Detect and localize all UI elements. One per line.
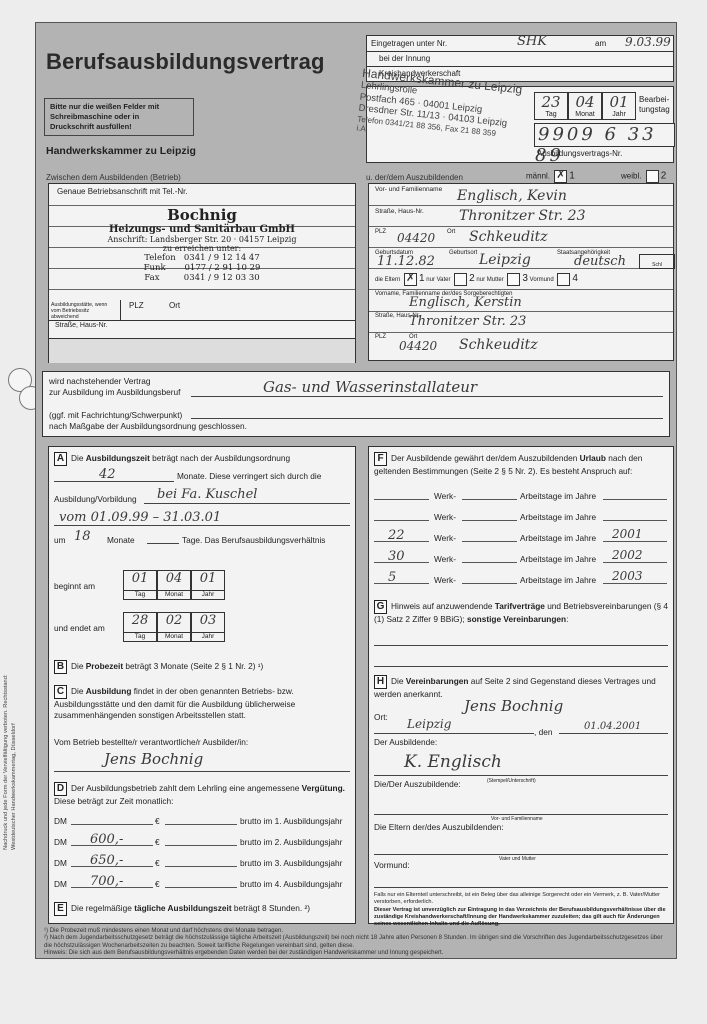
site-label: Ausbildungsstätte, wenn vom Betriebssitz…: [49, 300, 121, 320]
section-b-letter: B: [54, 660, 67, 674]
parents-option-4-checkbox[interactable]: [557, 273, 570, 286]
trainer-signature-field[interactable]: K. Englisch: [404, 752, 502, 772]
arbeit-label: Arbeitstage im Jahre: [520, 533, 596, 544]
section-h-letter: H: [374, 675, 387, 689]
date-label: am: [595, 39, 606, 48]
underline: [54, 771, 350, 772]
company-name: Bochnig: [49, 206, 355, 224]
begin-label: beginnt am: [54, 581, 95, 592]
euro-label: €: [155, 837, 160, 848]
guardian-signature-field[interactable]: [374, 887, 668, 888]
pay-euro-field[interactable]: [165, 866, 237, 867]
guardian-street-value[interactable]: Thronitzer Str. 23: [409, 314, 526, 329]
end-month-cell[interactable]: 02Monat: [157, 612, 191, 642]
option-label: nur Mutter: [476, 277, 503, 283]
leave-row: Werk-Arbeitstage im Jahre: [374, 489, 670, 510]
company-reach: zu erreichen unter:: [49, 244, 355, 253]
reduction-months[interactable]: 18: [74, 529, 91, 544]
contract-number-field[interactable]: 9909 6 33 89: [534, 123, 675, 147]
underline: [559, 733, 668, 734]
company-fax: Fax 0341 / 9 12 03 30: [49, 273, 355, 283]
end-label: und endet am: [54, 623, 105, 634]
leave-days-value: 30: [388, 548, 405, 565]
employer-address-label: Genaue Betriebsanschrift mit Tel.-Nr.: [57, 187, 188, 196]
reduction-label: um: [54, 535, 66, 546]
processing-year-cell[interactable]: 01 Jahr: [602, 92, 636, 120]
begin-month-cell[interactable]: 04Monat: [157, 570, 191, 600]
guardian-plz-value[interactable]: 04420: [399, 339, 437, 353]
sections-right: FDer Ausbildende gewährt der/dem Auszubi…: [368, 446, 674, 924]
site-street-label: Straße, Haus-Nr.: [55, 322, 108, 329]
parents-sign-label: Die Eltern der/des Auszubildenden:: [374, 822, 504, 833]
working-days-field[interactable]: [462, 541, 517, 542]
section-a-letter: A: [54, 452, 67, 466]
male-label: männl.: [526, 172, 550, 181]
day-label: Tag: [535, 111, 567, 118]
section-a-intro: ADie Ausbildungszeit beträgt nach der Au…: [54, 452, 350, 466]
processing-month-cell[interactable]: 04 Monat: [568, 92, 602, 120]
parents-label: die Eltern: [375, 277, 400, 283]
divider: [49, 320, 355, 321]
werk-label: Werk-: [434, 554, 456, 565]
gender-female[interactable]: weibl. 2: [621, 170, 666, 183]
processing-box: Handwerkskammer zu Leipzig Lehrlingsroll…: [366, 86, 674, 163]
pay-euro-field[interactable]: [165, 845, 237, 846]
section-d: DDer Ausbildungsbetrieb zahlt dem Lehrli…: [54, 782, 350, 807]
begin-day-cell[interactable]: 01Tag: [123, 570, 157, 600]
prior-training-value[interactable]: bei Fa. Kuschel: [157, 487, 257, 502]
contract-form: Berufsausbildungsvertrag Bitte nur die w…: [35, 22, 677, 959]
months-label: Monate: [107, 535, 135, 546]
entered-value[interactable]: SHK: [517, 34, 547, 49]
trainer-label: Vom Betrieb bestellte/r verantwortliche/…: [54, 737, 248, 748]
pay-year-label: brutto im 4. Ausbildungsjahr: [240, 879, 342, 890]
end-day-cell[interactable]: 28Tag: [123, 612, 157, 642]
ort-label: Ort: [447, 229, 455, 235]
street-label: Straße, Haus-Nr.: [375, 208, 424, 215]
place-value[interactable]: Leipzig: [407, 717, 451, 731]
occupation-intro: wird nachstehender Vertrag: [49, 376, 150, 387]
pay-euro-field[interactable]: [165, 824, 237, 825]
pay-dm-value: 650,-: [90, 852, 123, 869]
option-number: 1: [419, 273, 425, 284]
company-subtitle: Heizungs- und Sanitärbau GmbH: [49, 224, 355, 235]
euro-label: €: [155, 858, 160, 869]
parents-row: die Eltern 1 nur Vater 2 nur Mutter 3 Vo…: [375, 273, 578, 286]
werk-label: Werk-: [434, 491, 456, 502]
werk-label: Werk-: [434, 512, 456, 523]
occupation-box: wird nachstehender Vertrag zur Ausbildun…: [42, 371, 670, 437]
guardian-value[interactable]: Englisch, Kerstin: [409, 295, 522, 310]
leave-row: 5Werk-Arbeitstage im Jahre2003: [374, 573, 670, 594]
office-code-cells: [49, 338, 355, 363]
parents-option-2-checkbox[interactable]: [454, 273, 467, 286]
underline: [144, 503, 350, 504]
option-number: 4: [572, 273, 578, 284]
gender-male[interactable]: männl. 1: [526, 170, 575, 183]
section-f: FDer Ausbildende gewährt der/dem Auszubi…: [374, 452, 670, 477]
plz-value[interactable]: 04420: [397, 231, 435, 245]
contract-number: 9909 6 33 89: [535, 124, 657, 166]
days-label: Tage. Das Berufsausbildungsverhältnis: [182, 535, 325, 546]
stamp-caption: (Stempel/Unterschrift): [487, 778, 536, 784]
name-value[interactable]: Englisch, Kevin: [457, 188, 567, 204]
working-days-field[interactable]: [462, 499, 517, 500]
underline: [191, 396, 663, 397]
company-address: Anschrift: Landsberger Str. 20 · 04157 L…: [49, 235, 355, 244]
occupation-closing: nach Maßgabe der Ausbildungsordnung gesc…: [49, 421, 247, 432]
trainee-section-label: u. der/dem Auszubildenden: [366, 173, 463, 182]
company-mobile: Funk 0177 / 2 91 10 29: [49, 263, 355, 273]
section-d-letter: D: [54, 782, 67, 796]
parents-signature-field[interactable]: [374, 854, 668, 855]
pay-dm-field[interactable]: [71, 824, 153, 825]
male-number: 1: [569, 171, 575, 182]
leave-rows: Werk-Arbeitstage im JahreWerk-Arbeitstag…: [374, 489, 670, 594]
leave-year-field[interactable]: [603, 499, 667, 500]
currency-label: DM: [54, 858, 67, 869]
section-e: EDie regelmäßige tägliche Ausbildungszei…: [54, 902, 310, 916]
registration-note: Dieser Vertrag ist unverzüglich zur Eint…: [374, 907, 670, 928]
birthplace-value[interactable]: Leipzig: [479, 252, 531, 268]
currency-label: DM: [54, 816, 67, 827]
section-a-text: Monate. Diese verringert sich durch die: [177, 471, 321, 482]
section-g-letter: G: [374, 600, 387, 614]
arbeit-label: Arbeitstage im Jahre: [520, 575, 596, 586]
leave-year-value: 2001: [612, 527, 643, 543]
section-g: GHinweis auf anzuwendende Tarifverträge …: [374, 600, 670, 625]
leave-days-value: 22: [388, 527, 405, 544]
leave-days-value: 5: [388, 569, 396, 586]
sections-left: ADie Ausbildungszeit beträgt nach der Au…: [48, 446, 356, 924]
key-field[interactable]: Schl: [639, 254, 675, 269]
employer-section-label: Zwischen dem Ausbildenden (Betrieb): [46, 173, 181, 182]
footnote-2: ²) Nach dem Jugendarbeitsschutzgesetz be…: [44, 934, 669, 949]
form-title: Berufsausbildungsvertrag: [46, 49, 325, 75]
working-days-field[interactable]: [462, 520, 517, 521]
trainee-sign-label: Die/Der Auszubildende:: [374, 779, 461, 790]
data-hint: Hinweis: Die sich aus dem Berufsausbildu…: [44, 949, 669, 956]
section-e-letter: E: [54, 902, 67, 916]
currency-label: DM: [54, 837, 67, 848]
processing-year: 01: [603, 93, 635, 111]
parents-option-1-checkbox[interactable]: [404, 273, 417, 286]
pay-year-label: brutto im 1. Ausbildungsjahr: [240, 816, 342, 827]
working-days-field[interactable]: [462, 583, 517, 584]
parents-option-3-checkbox[interactable]: [507, 273, 520, 286]
euro-label: €: [155, 879, 160, 890]
option-label: Vormund: [530, 277, 554, 283]
agreements-field[interactable]: [374, 666, 668, 667]
euro-label: €: [155, 816, 160, 827]
option-number: 3: [522, 273, 528, 284]
chamber-name: Handwerkskammer zu Leipzig: [46, 145, 196, 157]
guardian-sign-label: Vormund:: [374, 860, 410, 871]
underline: [374, 733, 534, 734]
end-year-cell[interactable]: 03Jahr: [191, 612, 225, 642]
entered-date[interactable]: 9.03.99: [625, 35, 671, 49]
underline: [54, 525, 350, 526]
footnotes: ¹) Die Probezeit muß mindestens einen Mo…: [44, 927, 669, 957]
specialization-field[interactable]: [191, 418, 663, 419]
year-label: Jahr: [603, 111, 635, 118]
pay-year-label: brutto im 2. Ausbildungsjahr: [240, 837, 342, 848]
female-checkbox[interactable]: [646, 170, 659, 183]
section-b: BDie Probezeit beträgt 3 Monate (Seite 2…: [54, 660, 263, 674]
employer-box: Genaue Betriebsanschrift mit Tel.-Nr. Bo…: [48, 183, 356, 363]
leave-days-field[interactable]: [374, 499, 429, 500]
arbeit-label: Arbeitstage im Jahre: [520, 491, 596, 502]
female-label: weibl.: [621, 172, 641, 181]
side-copyright-text: Nachdruck und jede Form der Vervielfälti…: [3, 670, 19, 850]
processing-month: 04: [569, 93, 601, 111]
guardian-plz-label: PLZ: [375, 334, 386, 340]
working-days-field[interactable]: [462, 562, 517, 563]
leave-days-field[interactable]: [374, 520, 429, 521]
prior-training-period[interactable]: vom 01.09.99 – 31.03.01: [59, 510, 221, 525]
section-c-letter: C: [54, 685, 67, 699]
guild-label: bei der Innung: [379, 54, 430, 63]
company-phone: Telefon 0341 / 9 12 14 47: [49, 253, 355, 263]
option-label: nur Vater: [426, 277, 450, 283]
leave-year-field[interactable]: [603, 520, 667, 521]
pay-euro-field[interactable]: [165, 887, 237, 888]
agreements-field[interactable]: [374, 645, 668, 646]
site-plz-label: PLZ: [129, 301, 144, 310]
werk-label: Werk-: [434, 533, 456, 544]
arbeit-label: Arbeitstage im Jahre: [520, 512, 596, 523]
prior-training-label: Ausbildung/Vorbildung: [54, 494, 137, 505]
fill-notice: Bitte nur die weißen Felder mit Schreibm…: [44, 98, 194, 136]
begin-year-cell[interactable]: 01Jahr: [191, 570, 225, 600]
training-months[interactable]: 42: [99, 467, 116, 482]
plz-label: PLZ: [375, 229, 386, 235]
processing-label: Bearbei- tungstag: [639, 95, 670, 116]
trainer-signature-overlay: Jens Bochnig: [464, 697, 563, 715]
street-value[interactable]: Thronitzer Str. 23: [459, 208, 586, 224]
company-stamp[interactable]: Bochnig Heizungs- und Sanitärbau GmbH An…: [49, 206, 355, 283]
trainee-box: Vor- und Familienname Englisch, Kevin St…: [368, 183, 674, 361]
leave-year-value: 2003: [612, 569, 643, 585]
processing-day-cell[interactable]: 23 Tag: [534, 92, 568, 120]
pay-dm-value: 600,-: [90, 831, 123, 848]
leave-year-value: 2002: [612, 548, 643, 564]
pay-rows: DM€brutto im 1. AusbildungsjahrDM600,-€b…: [54, 814, 352, 898]
occupation-value[interactable]: Gas- und Wasserinstallateur: [263, 378, 477, 396]
ort-value[interactable]: Schkeuditz: [469, 229, 548, 245]
guardian-ort-value[interactable]: Schkeuditz: [459, 337, 538, 353]
nationality-value[interactable]: deutsch: [574, 254, 626, 269]
entered-label: Eingetragen unter Nr.: [371, 39, 447, 48]
trainee-signature-field[interactable]: [374, 814, 668, 815]
processing-day: 23: [535, 93, 567, 111]
specialization-label: (ggf. mit Fachrichtung/Schwerpunkt): [49, 410, 182, 421]
footnote-1: ¹) Die Probezeit muß mindestens einen Mo…: [44, 927, 669, 934]
contract-number-label: Ausbildungsvertrags-Nr.: [537, 149, 622, 158]
underline: [374, 775, 668, 776]
site-ort-label: Ort: [169, 301, 180, 310]
werk-label: Werk-: [434, 575, 456, 586]
parents-caption: Vater und Mutter: [499, 856, 536, 862]
occupation-label: zur Ausbildung im Ausbildungsberuf: [49, 387, 180, 398]
trainer-signature[interactable]: Jens Bochnig: [104, 750, 203, 768]
pay-year-label: brutto im 3. Ausbildungsjahr: [240, 858, 342, 869]
section-f-letter: F: [374, 452, 387, 466]
currency-label: DM: [54, 879, 67, 890]
arbeit-label: Arbeitstage im Jahre: [520, 554, 596, 565]
parent-note: Falls nur ein Elternteil unterschreibt, …: [374, 892, 670, 906]
date-label: , den: [534, 727, 552, 738]
female-number: 2: [661, 171, 667, 182]
leave-days-field[interactable]: [374, 583, 429, 584]
trainer-sign-label: Der Ausbildende:: [374, 737, 437, 748]
birthdate-value[interactable]: 11.12.82: [377, 254, 435, 269]
pay-dm-value: 700,-: [90, 873, 123, 890]
option-number: 2: [469, 273, 475, 284]
reduction-days-field[interactable]: [147, 543, 179, 544]
pay-row: DM700,-€brutto im 4. Ausbildungsjahr: [54, 877, 352, 898]
birthplace-label: Geburtsort: [449, 250, 477, 256]
name-label: Vor- und Familienname: [375, 186, 442, 193]
place-label: Ort:: [374, 712, 388, 723]
signing-date[interactable]: 01.04.2001: [584, 721, 641, 732]
male-checkbox[interactable]: [554, 170, 567, 183]
section-c: CDie Ausbildung findet in der oben genan…: [54, 685, 350, 721]
month-label: Monat: [569, 111, 601, 118]
